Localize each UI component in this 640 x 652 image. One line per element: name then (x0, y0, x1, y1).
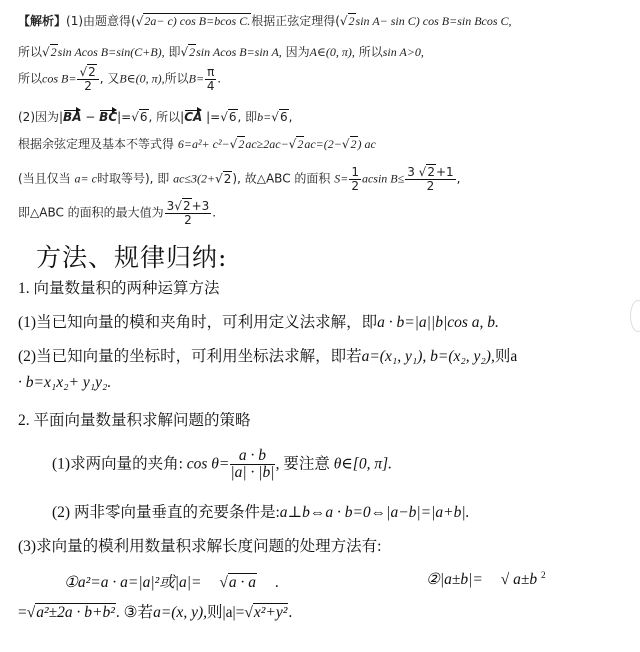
section2-item1: (1)求两向量的夹角: cos θ=a · b|a| · |b|, 要注意 θ∈… (52, 448, 392, 482)
text: 时取等号), 即 (97, 172, 169, 186)
vector-ca: CA (184, 110, 202, 124)
text: 所以 (165, 72, 189, 86)
section1-item1: (1)当已知向量的模和夹角时，可利用定义法求解，即a · b=|a||b|cos… (18, 310, 499, 332)
formula: x²+y² (253, 603, 289, 621)
text: 故△ABC 的面积 (245, 172, 331, 186)
text: |= (202, 110, 220, 124)
formula: a±b (509, 571, 541, 588)
text: (2) 两非零向量垂直的充要条件是: (52, 504, 280, 521)
formula: · b=x₁x₂+ y₁y₂. (18, 374, 111, 391)
solution-line-5: 根据余弦定理及基本不等式得 6=a²+ c²−√2ac≥2ac−√2ac=(2−… (18, 135, 376, 152)
formula: a²±2a · b+b² (35, 603, 116, 621)
text: (1)求两向量的夹角: (52, 455, 183, 472)
formula: A∈(0, π), (310, 45, 355, 59)
summary-heading: 方法、规律归纳: (36, 238, 227, 274)
text: . (116, 604, 120, 621)
fraction: 12 (349, 166, 361, 192)
text: , 要注意 (276, 455, 330, 472)
formula: B= (189, 72, 204, 86)
text: 6 (279, 109, 289, 124)
text: . (212, 206, 216, 220)
text: , 即 (238, 110, 258, 124)
text: 则a (495, 348, 517, 365)
fraction: 3 √2+12 (405, 166, 455, 192)
formula: a= c (75, 172, 97, 186)
formula: cos B= (42, 72, 76, 86)
vector-ba: BA (63, 110, 81, 124)
text: , (289, 110, 293, 124)
text: |= (117, 110, 131, 124)
vector-bc: BC (99, 110, 117, 124)
text: − (81, 110, 99, 124)
fraction: 3√2+32 (165, 200, 212, 226)
section2-item2: (2) 两非零向量垂直的充要条件是:a⊥b⇔a · b=0⇔|a−b|=|a+b… (52, 500, 469, 522)
solution-line-2: 所以√2sin Acos B=sin(C+B), 即√2sin Acos B=s… (18, 43, 424, 60)
section2-item3-formula2: ②|a±b|= √ a±b 2 (426, 570, 546, 589)
formula: B∈(0, π), (119, 72, 164, 86)
formula: a=(x, y), (153, 604, 207, 621)
solution-line-6: (当且仅当 a= c时取等号), 即 ac≤3(2+√2), 故△ABC 的面积… (18, 166, 461, 192)
text: . (288, 604, 292, 621)
formula: acsin B≤ (362, 172, 404, 186)
formula: cos θ= (187, 455, 230, 472)
text: 根据余弦定理及基本不等式得 (18, 137, 174, 151)
solution-label: 【解析】 (18, 14, 66, 28)
fraction: √22 (77, 66, 98, 92)
section2-item3-formula1: ①a²=a · a=|a|²或|a|= √a · a . (64, 570, 279, 592)
formula: ) ac (358, 137, 376, 151)
formula: S= (334, 172, 348, 186)
section1-item2: (2)当已知向量的坐标时，可利用坐标法求解，即若a=(x₁, y₁), b=(x… (18, 344, 517, 366)
section2-item3-formula3: =√a²±2a · b+b². ③若a=(x, y),则|a|=√x²+y². (18, 600, 292, 622)
formula: a=(x₁, y₁), b=(x₂, y₂), (362, 348, 495, 365)
text: 所以 (18, 45, 42, 59)
formula: ac≥2ac− (245, 137, 288, 151)
solution-line-4: (2)因为|BA − BC|=√6, 所以|CA |=√6, 即b=√6, (18, 108, 292, 125)
scroll-edge-marker (630, 300, 640, 332)
fraction: π4 (205, 66, 216, 92)
text: 即△ABC 的面积的最大值为 (18, 206, 164, 220)
superscript: 2 (541, 571, 546, 581)
section2-title: 2. 平面向量数量积求解问题的策略 (18, 408, 251, 430)
text: 所以 (18, 72, 42, 86)
fraction: a · b|a| · |b| (230, 448, 274, 482)
text: 6 (228, 109, 238, 124)
text: 2 (350, 136, 358, 151)
section1-title: 1. 向量数量积的两种运算方法 (18, 276, 220, 298)
formula: ac=(2− (304, 137, 342, 151)
formula: a · b=|a||b|cos a, b. (377, 314, 499, 331)
text: . (275, 574, 279, 591)
text: 所以 (359, 45, 383, 59)
text: 2 (223, 171, 233, 186)
text: , (457, 172, 461, 186)
text: ), (232, 172, 241, 186)
formula: θ∈[0, π]. (334, 455, 392, 472)
formula: ②|a±b|= (426, 571, 483, 588)
text: 则|a|= (207, 604, 244, 621)
text: ③若 (124, 604, 153, 621)
formula: a · a (228, 573, 257, 591)
solution-line-3: 所以cos B=√22, 又B∈(0, π),所以B=π4. (18, 66, 221, 92)
text: , 所以| (149, 110, 185, 124)
text: 即 (168, 45, 180, 59)
formula: ①a²=a · a=|a|²或|a|= (64, 574, 202, 591)
formula: ac≤3(2+ (173, 172, 215, 186)
text: (2)因为| (18, 110, 63, 124)
text: . (217, 72, 221, 86)
text: , 又 (100, 72, 120, 86)
formula: a⊥b⇔a · b=0⇔|a−b|=|a+b|. (280, 504, 470, 521)
text: (1)当已知向量的模和夹角时，可利用定义法求解，即 (18, 314, 377, 331)
text: b= (257, 110, 271, 124)
formula: 6=a²+ c²− (178, 137, 230, 151)
solution-line-1: 【解析】(1)由题意得(√2a− c) cos B=bcos C.根据正弦定理得… (18, 12, 512, 29)
section2-item3: (3)求向量的模利用数量积求解长度问题的处理方法有: (18, 534, 381, 556)
text: 因为 (286, 45, 310, 59)
text: (当且仅当 (18, 172, 71, 186)
solution-line-7: 即△ABC 的面积的最大值为3√2+32. (18, 200, 216, 226)
text: 6 (139, 109, 149, 124)
sqrt: √2a− c) cos B=bcos C. (136, 14, 252, 29)
section1-item2-cont: · b=x₁x₂+ y₁y₂. (18, 374, 111, 392)
text: 根据正弦定理得( (251, 14, 340, 28)
text: = (18, 604, 27, 621)
text: (1)由题意得( (66, 14, 136, 28)
formula: sin A>0, (383, 45, 424, 59)
text: (2)当已知向量的坐标时，可利用坐标法求解，即若 (18, 348, 362, 365)
